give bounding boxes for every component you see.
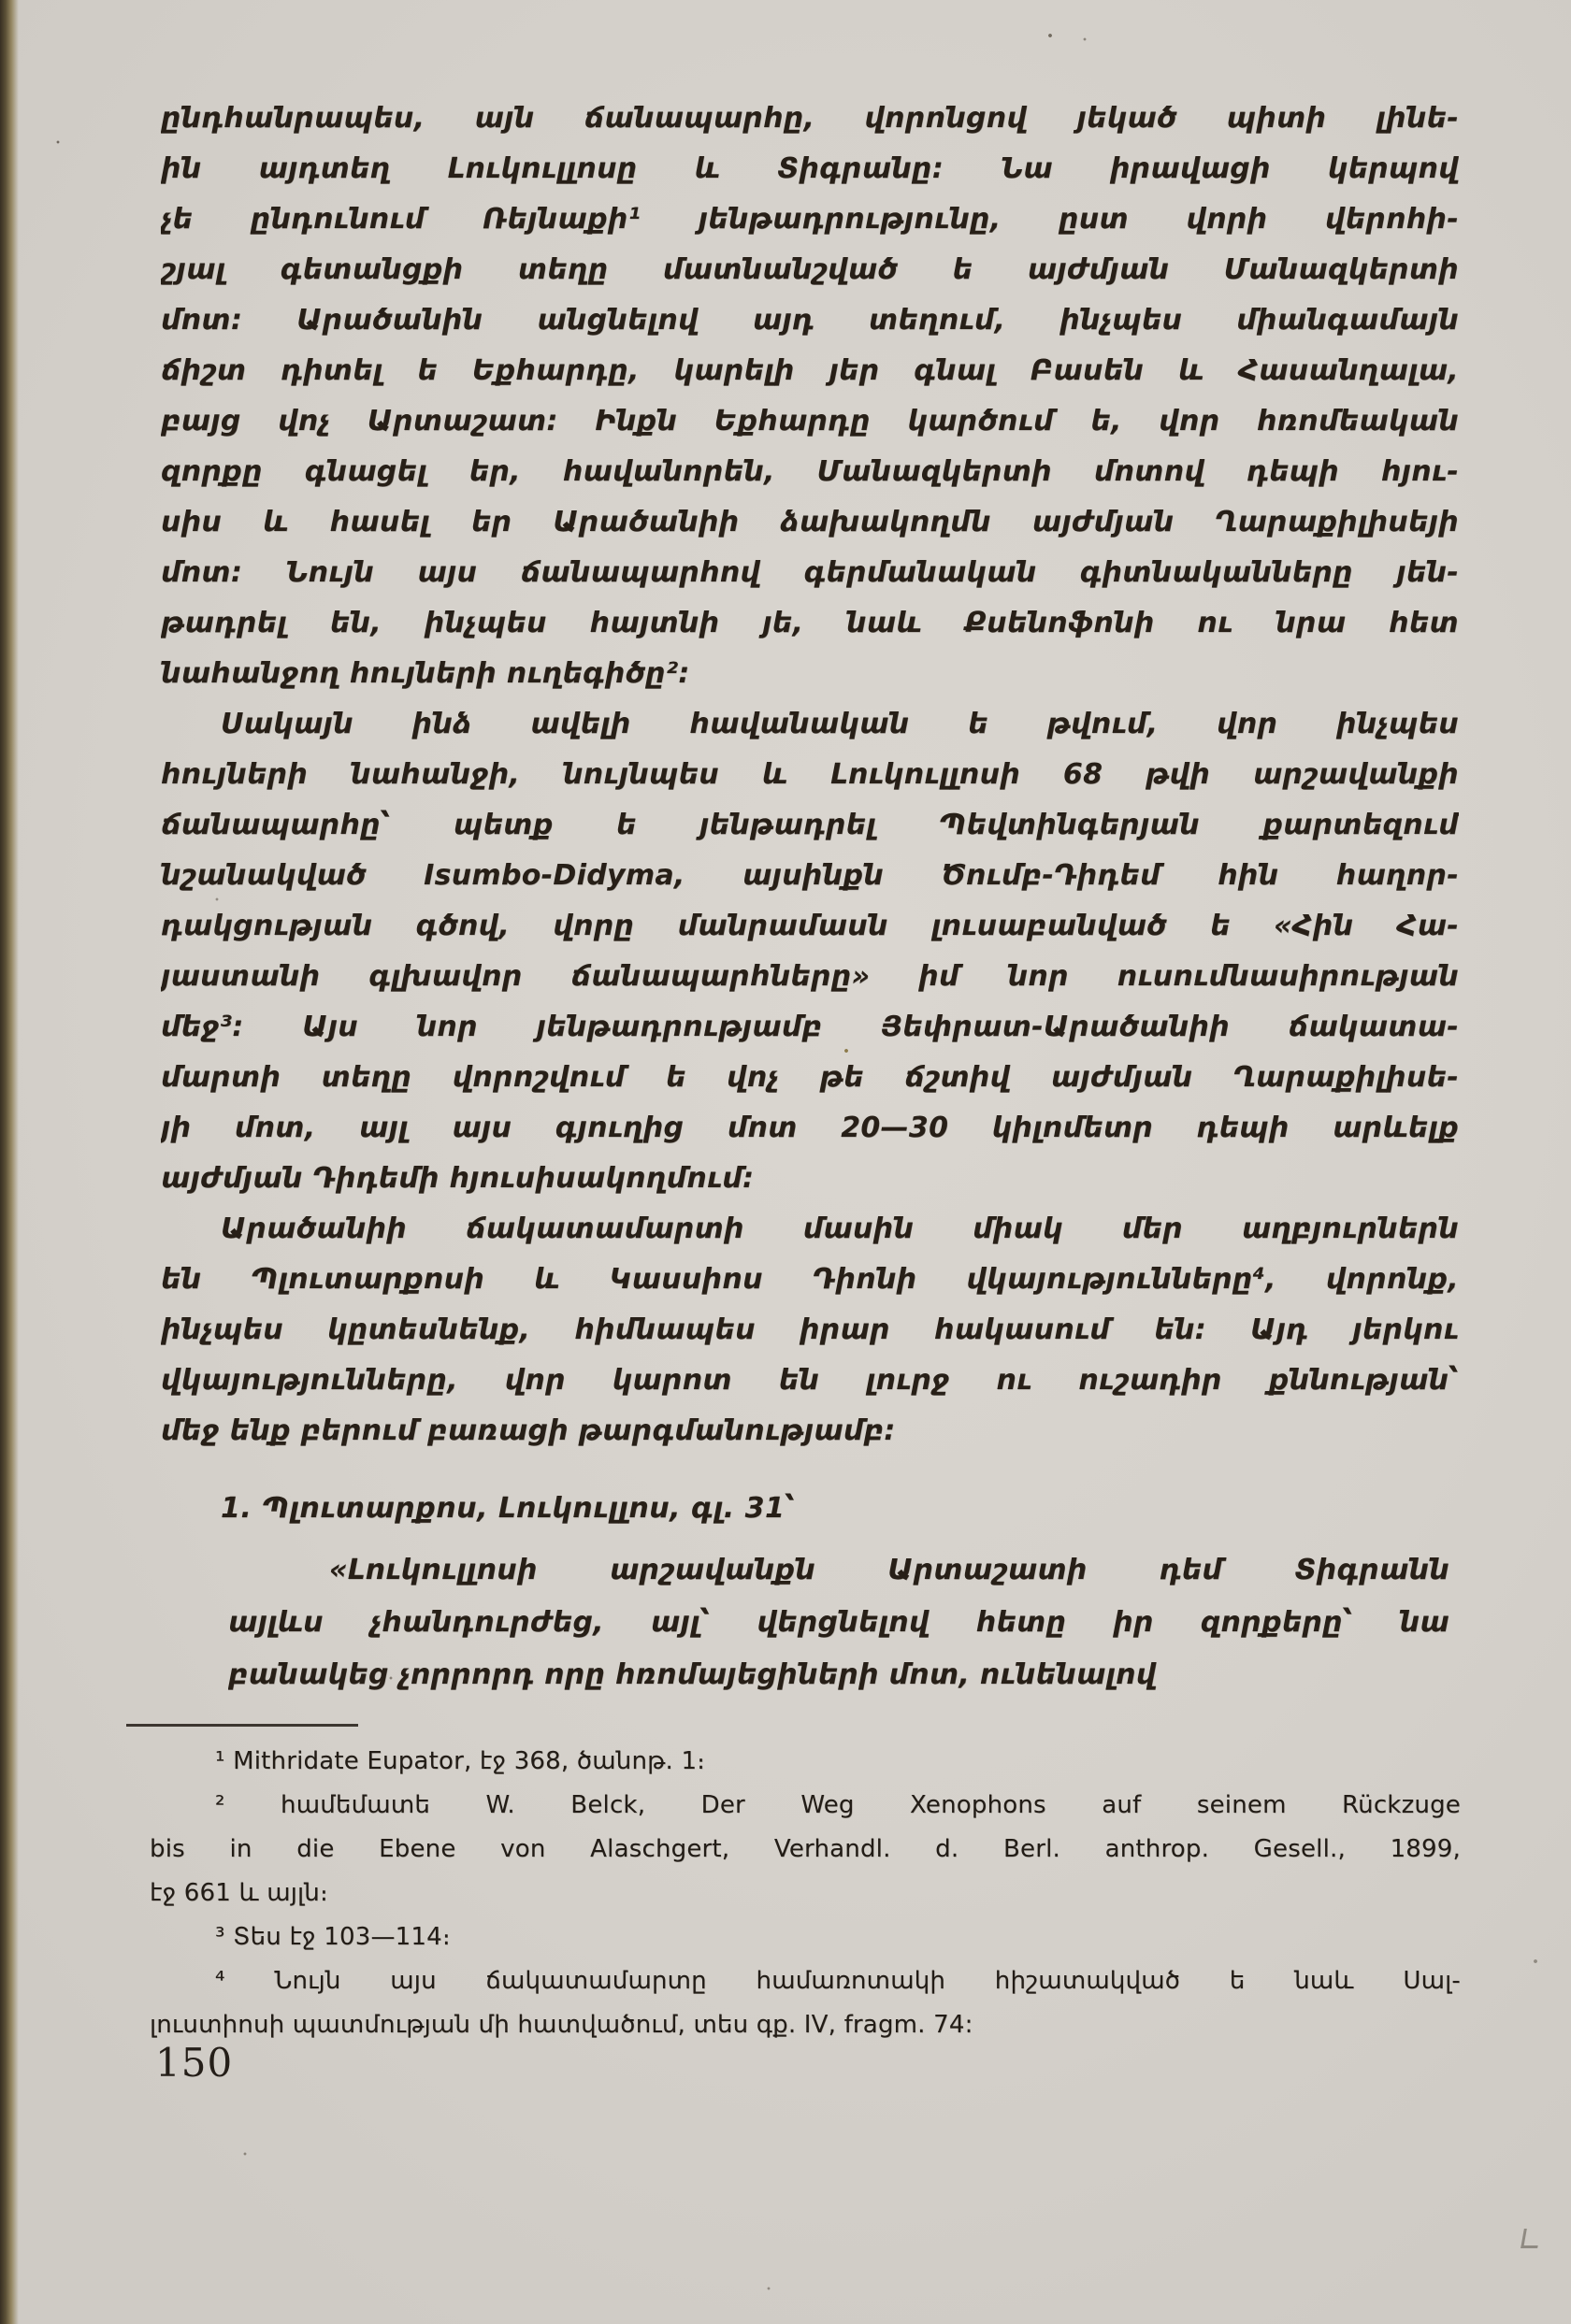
page-text-block: ընդհանրապես, այն ճանապարհը, վորոնցով յեկ…: [161, 93, 1459, 2047]
text-line: ին այդտեղ Լուկուլլոսը և Տիգրանը։ Նա իրավ…: [161, 144, 1459, 194]
text-line: նշանակված Isumbo-Didyma, այսինքն Ծումբ-Դ…: [161, 851, 1459, 901]
footnotes: ¹ Mithridate Eupator, էջ 368, ծանոթ. 1։²…: [150, 1740, 1461, 2047]
scan-gutter-edge: [0, 0, 19, 2324]
text-line: յաստանի գլխավոր ճանապարհները» իմ նոր ուս…: [161, 952, 1459, 1002]
quotation-block: «Լուկուլլոսի արշավանքն Արտաշատի դեմ Տիգր…: [228, 1544, 1449, 1701]
text-line: Արածանիի ճակատամարտի մասին միակ մեր աղբյ…: [161, 1204, 1459, 1255]
text-line: Սակայն ինձ ավելի հավանական ե թվում, վոր …: [161, 699, 1459, 750]
text-line: ³ Տես էջ 103—114։: [150, 1915, 1461, 1959]
footnote-separator: [126, 1724, 358, 1727]
text-line: յի մոտ, այլ այս գյուղից մոտ 20—30 կիլոմե…: [161, 1103, 1459, 1154]
text-line: ² համեմատե W. Belck, Der Weg Xenophons a…: [150, 1784, 1461, 1828]
body-paragraphs: ընդհանրապես, այն ճանապարհը, վորոնցով յեկ…: [161, 93, 1459, 1456]
text-line: այժմյան Դիդեմի հյուսիսակողմում։: [161, 1154, 1459, 1204]
text-line: ճիշտ դիտել ե Եքհարդը, կարելի յեր գնալ Բա…: [161, 346, 1459, 396]
text-line: նահանջող հույների ուղեգիծը²։: [161, 649, 1459, 699]
text-line: էջ 661 և այլն։: [150, 1872, 1461, 1915]
text-line: վկայությունները, վոր կարոտ են լուրջ ու ո…: [161, 1356, 1459, 1406]
text-line: հույների նահանջի, նույնպես և Լուկուլլոսի…: [161, 750, 1459, 800]
text-line: սիս և հասել եր Արածանիի ձախակողմն այժմյա…: [161, 497, 1459, 548]
footnote: ³ Տես էջ 103—114։: [150, 1915, 1461, 1959]
scan-corner-mark: [1521, 2229, 1541, 2248]
paragraph: Սակայն ինձ ավելի հավանական ե թվում, վոր …: [161, 699, 1459, 1204]
text-line: այլևս չհանդուրժեց, այլ՝ վերցնելով հետը ի…: [228, 1597, 1449, 1649]
text-line: ընդհանրապես, այն ճանապարհը, վորոնցով յեկ…: [161, 93, 1459, 144]
text-line: ինչպես կըտեսնենք, հիմնապես իրար հակասում…: [161, 1305, 1459, 1356]
text-line: մարտի տեղը վորոշվում ե վոչ թե ճշտիվ այժմ…: [161, 1053, 1459, 1103]
page-number: 150: [155, 2040, 233, 2086]
text-line: շյալ գետանցքի տեղը մատնանշված ե այժմյան …: [161, 245, 1459, 295]
quote-paragraph: «Լուկուլլոսի արշավանքն Արտաշատի դեմ Տիգր…: [228, 1544, 1449, 1701]
text-line: ճանապարհը՝ պետք ե յենթադրել Պեվտինգերյան…: [161, 800, 1459, 851]
footnote: ¹ Mithridate Eupator, էջ 368, ծանոթ. 1։: [150, 1740, 1461, 1784]
footnote: ² համեմատե W. Belck, Der Weg Xenophons a…: [150, 1784, 1461, 1915]
paragraph: Արածանիի ճակատամարտի մասին միակ մեր աղբյ…: [161, 1204, 1459, 1456]
text-line: ⁴ Նույն այս ճակատամարտը համառոտակի հիշատ…: [150, 1959, 1461, 2003]
text-line: զորքը գնացել եր, հավանորեն, Մանազկերտի մ…: [161, 447, 1459, 497]
text-line: «Լուկուլլոսի արշավանքն Արտաշատի դեմ Տիգր…: [228, 1544, 1449, 1597]
text-line: չե ընդունում Ռեյնաքի¹ յենթադրությունը, ը…: [161, 194, 1459, 245]
text-line: մոտ։ Նույն այս ճանապարհով գերմանական գիտ…: [161, 548, 1459, 598]
section-heading: 1. Պլուտարքոս, Լուկուլլոս, գլ. 31՝: [221, 1485, 1459, 1533]
text-line: դակցության գծով, վորը մանրամասն լուսաբան…: [161, 901, 1459, 952]
text-line: բայց վոչ Արտաշատ։ Ինքն Եքհարդը կարծում ե…: [161, 396, 1459, 447]
book-page: ընդհանրապես, այն ճանապարհը, վորոնցով յեկ…: [0, 0, 1571, 2324]
text-line: մեջ³։ Այս նոր յենթադրությամբ Յեփրատ-Արած…: [161, 1002, 1459, 1053]
text-line: բանակեց չորրորդ որը հռոմայեցիների մոտ, ո…: [228, 1649, 1449, 1701]
text-line: թադրել են, ինչպես հայտնի յե, նաև Քսենոֆո…: [161, 598, 1459, 649]
text-line: մոտ։ Արածանին անցնելով այդ տեղում, ինչպե…: [161, 295, 1459, 346]
text-line: են Պլուտարքոսի և Կասսիոս Դիոնի վկայությո…: [161, 1255, 1459, 1305]
paragraph: ընդհանրապես, այն ճանապարհը, վորոնցով յեկ…: [161, 93, 1459, 699]
text-line: ¹ Mithridate Eupator, էջ 368, ծանոթ. 1։: [150, 1740, 1461, 1784]
text-line: մեջ ենք բերում բառացի թարգմանությամբ։: [161, 1406, 1459, 1456]
text-line: bis in die Ebene von Alaschgert, Verhand…: [150, 1828, 1461, 1872]
footnote: ⁴ Նույն այս ճակատամարտը համառոտակի հիշատ…: [150, 1959, 1461, 2047]
text-line: լուստիոսի պատմության մի հատվածում, տես գ…: [150, 2003, 1461, 2047]
